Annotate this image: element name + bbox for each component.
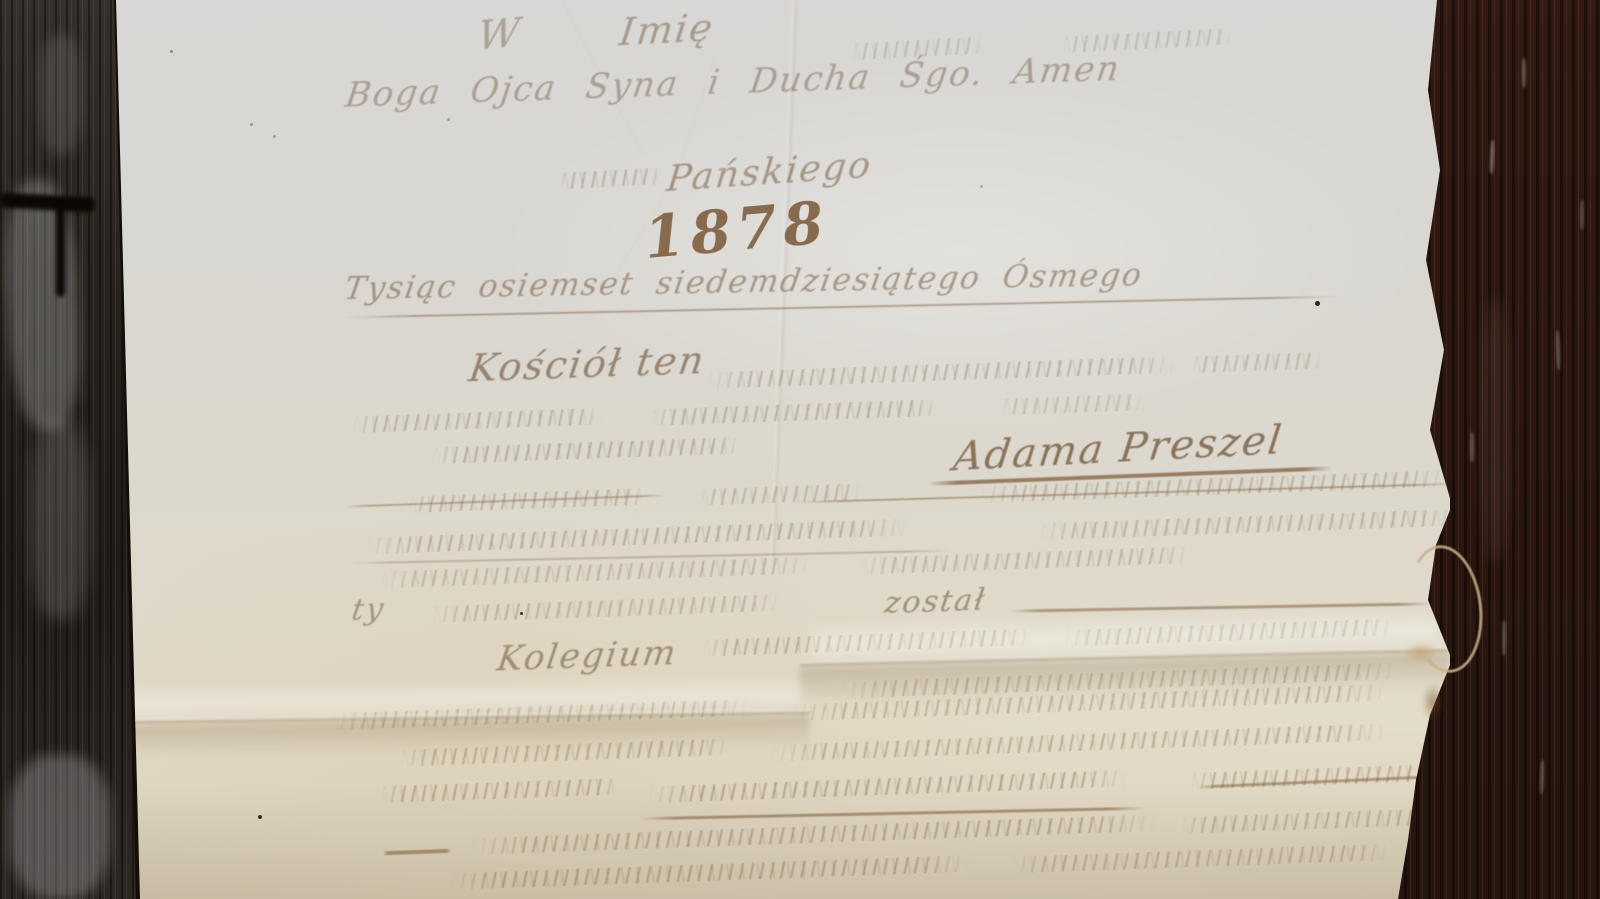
wood-fleck <box>1470 432 1474 462</box>
faded-handwriting-scrawl <box>365 518 910 554</box>
handwritten-invocation-w: W <box>476 10 524 60</box>
faded-handwriting-scrawl <box>770 723 1390 762</box>
paper-vignette <box>0 0 1600 899</box>
paper-speck <box>447 118 450 121</box>
ink-speck <box>1315 301 1320 306</box>
paper-speck <box>170 50 173 53</box>
faded-handwriting-scrawl <box>470 814 1160 855</box>
handwritten-word-ty: ty <box>349 591 387 627</box>
wood-grain-band <box>1480 300 1510 560</box>
paper-speck <box>250 123 253 126</box>
paper-sheet: W Imię Boga Ojca Syna i Ducha Śgo. Amen … <box>0 0 1600 899</box>
wood-fleck <box>1522 58 1526 88</box>
frayed-paper-tuft <box>1396 639 1446 667</box>
crossed-out-handwriting <box>432 437 742 465</box>
handwritten-invocation-line2: Boga Ojca Syna i Ducha Śgo. Amen <box>343 49 1123 116</box>
faded-handwriting-scrawl <box>352 408 602 434</box>
manuscript-photo: W Imię Boga Ojca Syna i Ducha Śgo. Amen … <box>0 0 1600 899</box>
wood-highlight <box>40 35 82 155</box>
handwritten-year-in-words: Tysiąc osiemset siedemdziesiątego Ósmego <box>342 257 1146 307</box>
wood-highlight <box>10 755 110 899</box>
wood-fleck <box>1580 200 1584 230</box>
paper-speck <box>273 135 276 138</box>
handwritten-year-1878: 1878 <box>641 188 832 272</box>
faded-handwriting-scrawl <box>1192 352 1323 374</box>
handwritten-roku-panskiego: Pańskiego <box>665 145 874 200</box>
wood-fleck <box>1489 140 1494 174</box>
faded-handwriting-scrawl <box>700 483 860 506</box>
handwritten-kolegium: Kolegium <box>495 633 680 679</box>
handwritten-kosciol-ten: Kościół ten <box>466 338 708 390</box>
faded-handwriting-scrawl <box>380 778 620 803</box>
edge-stain <box>1418 676 1448 728</box>
wood-crack <box>56 205 65 297</box>
wood-highlight <box>30 420 90 620</box>
handwritten-word-zostal: został <box>882 582 988 621</box>
faded-handwriting-scrawl <box>1002 394 1143 416</box>
faded-handwriting-scrawl <box>450 855 970 890</box>
faded-handwriting-scrawl <box>648 770 1128 804</box>
faded-handwriting-scrawl <box>650 399 940 426</box>
blank-line-underline <box>1010 602 1430 612</box>
handwritten-invocation-imie: Imię <box>617 6 717 55</box>
wood-highlight <box>2 178 85 431</box>
faded-handwriting-scrawl <box>432 594 782 623</box>
faded-handwriting-scrawl <box>1010 843 1390 873</box>
faded-handwriting-scrawl <box>560 167 661 189</box>
paper-speck <box>980 185 983 188</box>
wood-fleck <box>1502 620 1506 656</box>
ink-speck <box>520 612 523 615</box>
ink-speck <box>258 815 262 819</box>
loose-thread <box>1402 543 1486 673</box>
wood-fleck <box>1539 760 1544 794</box>
wood-fleck <box>1555 330 1560 370</box>
short-ink-dash <box>383 849 451 855</box>
faded-handwriting-scrawl <box>1040 509 1460 541</box>
faded-handwriting-scrawl <box>706 356 1176 389</box>
